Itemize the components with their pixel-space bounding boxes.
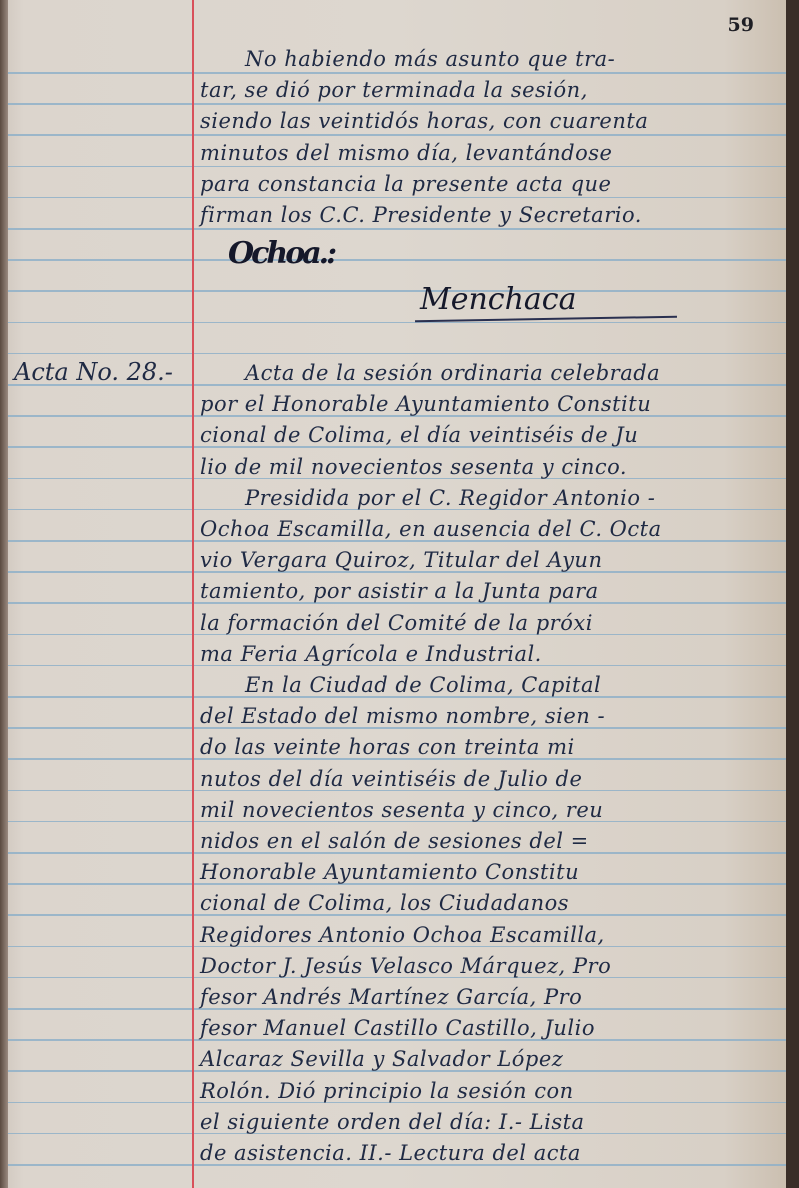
handwritten-line: Honorable Ayuntamiento Constitu: [200, 857, 772, 888]
signature-president: Ochoa.:: [228, 236, 334, 271]
handwritten-line: Alcaraz Sevilla y Salvador López: [200, 1044, 772, 1075]
handwritten-line: el siguiente orden del día: I.- Lista: [200, 1107, 772, 1138]
page-number: 59: [728, 14, 754, 36]
handwritten-line: firman los C.C. Presidente y Secretario.: [200, 200, 772, 231]
handwritten-line: Regidores Antonio Ochoa Escamilla,: [200, 920, 772, 951]
handwritten-line: la formación del Comité de la próxi: [200, 608, 772, 639]
handwritten-line: nutos del día veintiséis de Julio de: [200, 764, 772, 795]
handwritten-line: tar, se dió por terminada la sesión,: [200, 75, 772, 106]
book-spine: [0, 0, 8, 1188]
handwritten-line: ma Feria Agrícola e Industrial.: [200, 639, 772, 670]
handwritten-line: siendo las veintidós horas, con cuarenta: [200, 106, 772, 137]
handwritten-line: tamiento, por asistir a la Junta para: [200, 576, 772, 607]
handwritten-line: En la Ciudad de Colima, Capital: [200, 670, 772, 701]
handwritten-line: Ochoa Escamilla, en ausencia del C. Octa: [200, 514, 772, 545]
handwritten-line: Doctor J. Jesús Velasco Márquez, Pro: [200, 951, 772, 982]
handwritten-line: cional de Colima, el día veintiséis de J…: [200, 420, 772, 451]
handwritten-line: do las veinte horas con treinta mi: [200, 732, 772, 763]
handwritten-line: Acta de la sesión ordinaria celebrada: [200, 358, 772, 389]
ruled-line: [8, 322, 786, 324]
red-margin-line: [192, 0, 194, 1188]
handwritten-line: No habiendo más asunto que tra-: [200, 44, 772, 75]
handwritten-line: cional de Colima, los Ciudadanos: [200, 888, 772, 919]
signature-secretary: Menchaca: [420, 282, 577, 317]
acta-number-label: Acta No. 28.-: [14, 358, 173, 386]
handwritten-line: de asistencia. II.- Lectura del acta: [200, 1138, 772, 1169]
ruled-line: [8, 259, 786, 261]
handwritten-line: lio de mil novecientos sesenta y cinco.: [200, 452, 772, 483]
ledger-page: 59 No habiendo más asunto que tra-tar, s…: [0, 0, 786, 1188]
handwritten-line: mil novecientos sesenta y cinco, reu: [200, 795, 772, 826]
handwritten-line: minutos del mismo día, levantándose: [200, 138, 772, 169]
handwritten-line: vio Vergara Quiroz, Titular del Ayun: [200, 545, 772, 576]
handwritten-line: por el Honorable Ayuntamiento Constitu: [200, 389, 772, 420]
ruled-line: [8, 290, 786, 292]
handwritten-line: del Estado del mismo nombre, sien -: [200, 701, 772, 732]
handwritten-line: Rolón. Dió principio la sesión con: [200, 1076, 772, 1107]
ruled-line: [8, 353, 786, 355]
handwritten-line: nidos en el salón de sesiones del =: [200, 826, 772, 857]
handwritten-line: fesor Manuel Castillo Castillo, Julio: [200, 1013, 772, 1044]
handwritten-line: Presidida por el C. Regidor Antonio -: [200, 483, 772, 514]
handwritten-line: fesor Andrés Martínez García, Pro: [200, 982, 772, 1013]
handwritten-line: para constancia la presente acta que: [200, 169, 772, 200]
